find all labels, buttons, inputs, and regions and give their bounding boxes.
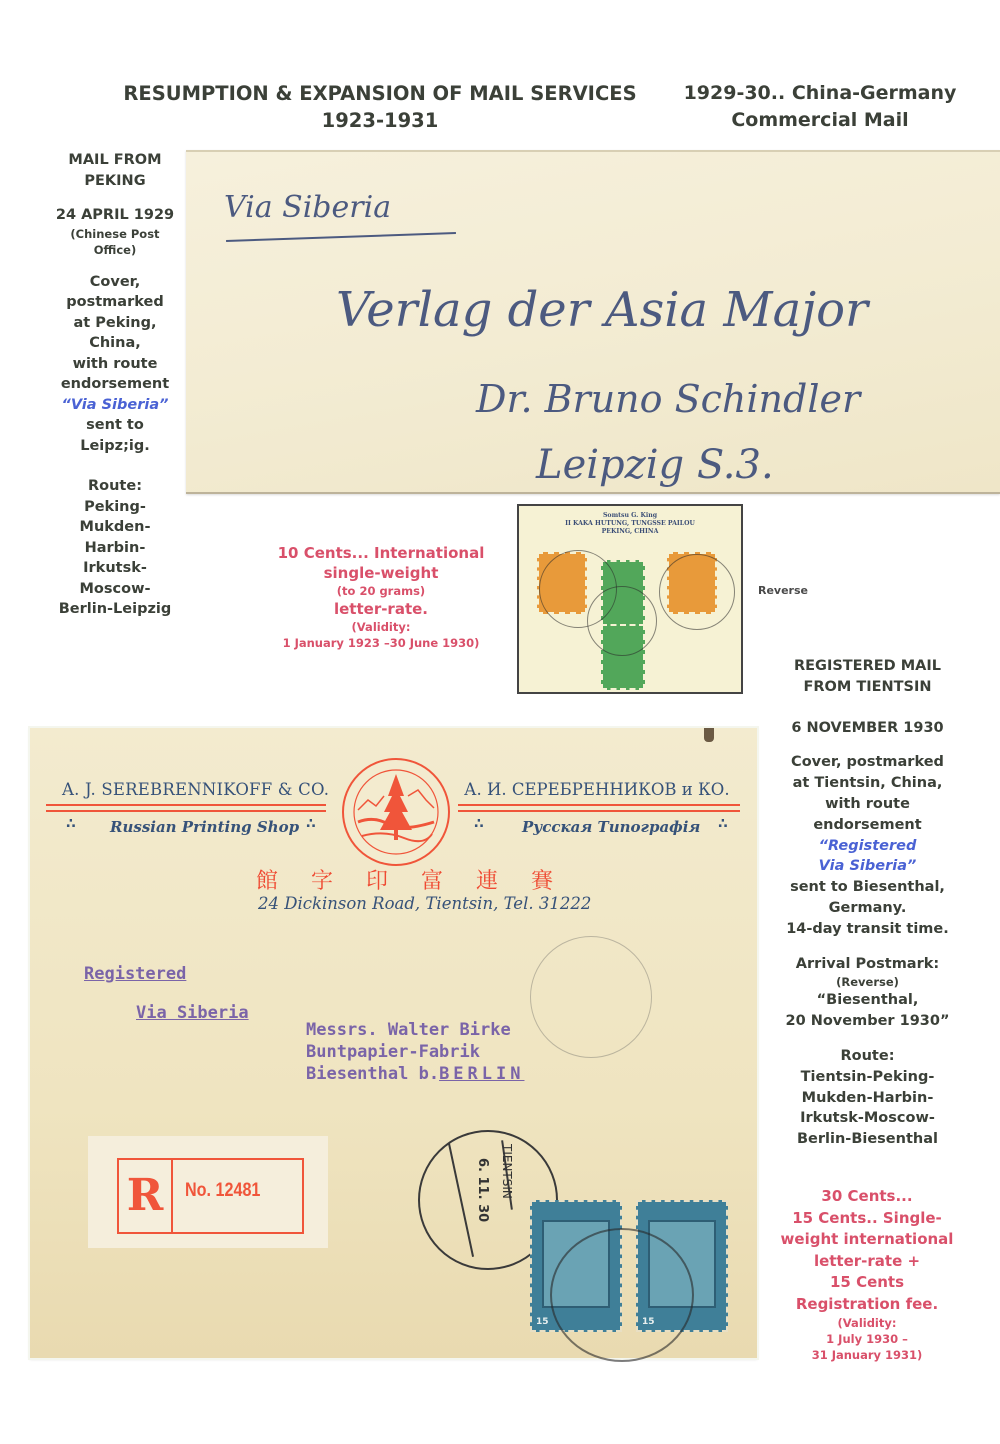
route-endorsement: Via Siberia” xyxy=(770,856,965,877)
description-line: sent to Biesenthal, xyxy=(770,877,965,898)
dots-ornament: ∴ xyxy=(474,816,484,832)
imprint-line: Somtsu G. King xyxy=(519,512,741,520)
route-stop: Tientsin-Peking- xyxy=(770,1067,965,1088)
route-stop: Moscow- xyxy=(40,579,190,600)
rule-line xyxy=(46,804,326,806)
registration-number: No. 12481 xyxy=(185,1180,260,1202)
arrival-note: (Reverse) xyxy=(770,974,965,990)
description-line: Cover, xyxy=(40,272,190,293)
postmark xyxy=(587,586,657,656)
route-label: Route: xyxy=(40,476,190,497)
arrival-label: Arrival Postmark: xyxy=(770,954,965,975)
description-line: sent to xyxy=(40,415,190,436)
cover-date: 24 APRIL 1929 xyxy=(40,205,190,226)
rate-line: Registration fee. xyxy=(772,1294,962,1316)
title-line: RESUMPTION & EXPANSION OF MAIL SERVICES xyxy=(100,80,660,107)
rate-line: (Validity: xyxy=(772,1315,962,1331)
description-line: endorsement xyxy=(770,815,965,836)
recipient-line: Biesenthal b. xyxy=(306,1064,439,1084)
description-line: Cover, postmarked xyxy=(770,752,965,773)
rate-line: 15 Cents xyxy=(772,1272,962,1294)
route-label: Route: xyxy=(770,1046,965,1067)
section-heading: PEKING xyxy=(40,171,190,192)
faint-postmark xyxy=(530,936,652,1058)
postmark xyxy=(550,1228,694,1362)
description-line: with route xyxy=(770,794,965,815)
route-endorsement: “Registered xyxy=(770,836,965,857)
company-address: 24 Dickinson Road, Tientsin, Tel. 31222 xyxy=(258,894,591,913)
stamp-value: 15 xyxy=(536,1317,549,1327)
rule-line xyxy=(46,810,326,812)
handwritten-address-line: Verlag der Asia Major xyxy=(336,282,868,338)
rate-line: letter-rate + xyxy=(772,1251,962,1273)
page-title: RESUMPTION & EXPANSION OF MAIL SERVICES … xyxy=(100,80,660,134)
description-line: Leipz;ig. xyxy=(40,436,190,457)
recipient-city: BERLIN xyxy=(439,1064,524,1084)
postmark xyxy=(659,554,735,630)
postmark-date: 6. 11. 30 xyxy=(475,1158,490,1222)
rate-line: 15 Cents.. Single- xyxy=(772,1208,962,1230)
rate-line: 30 Cents... xyxy=(772,1186,962,1208)
rate-line: 1 July 1930 – xyxy=(772,1331,962,1347)
dots-ornament: ∴ xyxy=(718,816,728,832)
rate-line: 31 January 1931) xyxy=(772,1347,962,1363)
company-name-en: A. J. SEREBRENNIKOFF & CO. xyxy=(62,780,329,799)
cover-date: 6 NOVEMBER 1930 xyxy=(770,718,965,739)
cover-peking: Via Siberia Verlag der Asia Major Dr. Br… xyxy=(186,150,1000,494)
recipient-line: Messrs. Walter Birke xyxy=(306,1019,524,1041)
section-heading: REGISTERED MAIL xyxy=(770,656,965,677)
office-note: (Chinese Post xyxy=(40,226,190,242)
route-stop: Irkutsk- xyxy=(40,558,190,579)
dots-ornament: ∴ xyxy=(66,816,76,832)
description-line: postmarked xyxy=(40,292,190,313)
subtitle-line: Commercial Mail xyxy=(670,107,970,134)
handwritten-address-line: Dr. Bruno Schindler xyxy=(476,377,860,421)
chinese-company-name: 館字印富連賽 xyxy=(256,864,572,895)
description-line: Germany. xyxy=(770,898,965,919)
postmark-city: TIENTSIN xyxy=(500,1144,514,1199)
typed-recipient-address: Messrs. Walter Birke Buntpapier-Fabrik B… xyxy=(306,1019,524,1085)
rate-line: single-weight xyxy=(262,563,500,583)
route-stop: Mukden-Harbin- xyxy=(770,1088,965,1109)
section2-description: REGISTERED MAIL FROM TIENTSIN 6 NOVEMBER… xyxy=(770,656,965,1150)
route-stop: Harbin- xyxy=(40,538,190,559)
dots-ornament: ∴ xyxy=(306,816,316,832)
rate-line: (to 20 grams) xyxy=(262,583,500,599)
handwritten-route: Via Siberia xyxy=(224,190,391,225)
sender-imprint: Somtsu G. King II KAKA HUTUNG, TUNGSSE P… xyxy=(519,512,741,536)
handwritten-underline xyxy=(226,232,456,242)
section-heading: FROM TIENTSIN xyxy=(770,677,965,698)
paper-tear xyxy=(704,728,714,742)
imprint-line: PEKING, CHINA xyxy=(519,528,741,536)
rate-line: 1 January 1923 –30 June 1930) xyxy=(262,635,500,651)
page-subtitle: 1929-30.. China-Germany Commercial Mail xyxy=(670,80,970,134)
route-stop: Mukden- xyxy=(40,517,190,538)
reverse-label: Reverse xyxy=(758,584,808,597)
registration-label: R No. 12481 xyxy=(117,1158,304,1234)
arrival-value: “Biesenthal, xyxy=(770,990,965,1011)
imprint-line: II KAKA HUTUNG, TUNGSSE PAILOU xyxy=(519,520,741,528)
registration-letter: R xyxy=(119,1160,173,1232)
postmark-bar xyxy=(448,1143,474,1257)
rate-line: (Validity: xyxy=(262,619,500,635)
description-line: 14-day transit time. xyxy=(770,919,965,940)
tagline-en: Russian Printing Shop xyxy=(110,818,299,836)
route-endorsement: “Via Siberia” xyxy=(40,395,190,416)
rate-line: weight international xyxy=(772,1229,962,1251)
description-line: China, xyxy=(40,333,190,354)
description-line: at Peking, xyxy=(40,313,190,334)
description-line: with route xyxy=(40,354,190,375)
rate-note-1: 10 Cents... International single-weight … xyxy=(262,543,500,651)
cover-tientsin: A. J. SEREBRENNIKOFF & CO. ∴ Russian Pri… xyxy=(30,728,757,1358)
title-years: 1923-1931 xyxy=(100,107,660,134)
company-seal-icon xyxy=(342,758,450,866)
cover-reverse-image: Somtsu G. King II KAKA HUTUNG, TUNGSSE P… xyxy=(517,504,743,694)
route-stop: Berlin-Leipzig xyxy=(40,599,190,620)
company-name-ru: А. И. СЕРЕБРЕННИКОВ и КО. xyxy=(464,780,730,799)
office-note: Office) xyxy=(40,242,190,258)
route-stop: Berlin-Biesenthal xyxy=(770,1129,965,1150)
handwritten-address-line: Leipzig S.3. xyxy=(536,442,774,488)
tagline-ru: Русская Типографія xyxy=(522,818,700,836)
rate-note-2: 30 Cents... 15 Cents.. Single- weight in… xyxy=(772,1186,962,1363)
route-stop: Irkutsk-Moscow- xyxy=(770,1108,965,1129)
rule-line xyxy=(458,810,740,812)
rate-line: letter-rate. xyxy=(262,599,500,619)
description-line: at Tientsin, China, xyxy=(770,773,965,794)
section1-description: MAIL FROM PEKING 24 APRIL 1929 (Chinese … xyxy=(40,150,190,620)
route-stop: Peking- xyxy=(40,497,190,518)
recipient-line: Buntpapier-Fabrik xyxy=(306,1041,524,1063)
rule-line xyxy=(458,804,740,806)
subtitle-line: 1929-30.. China-Germany xyxy=(670,80,970,107)
typed-route: Via Siberia xyxy=(136,1003,249,1023)
typed-registered: Registered xyxy=(84,964,186,984)
description-line: endorsement xyxy=(40,374,190,395)
rate-line: 10 Cents... International xyxy=(262,543,500,563)
section-heading: MAIL FROM xyxy=(40,150,190,171)
arrival-value: 20 November 1930” xyxy=(770,1011,965,1032)
